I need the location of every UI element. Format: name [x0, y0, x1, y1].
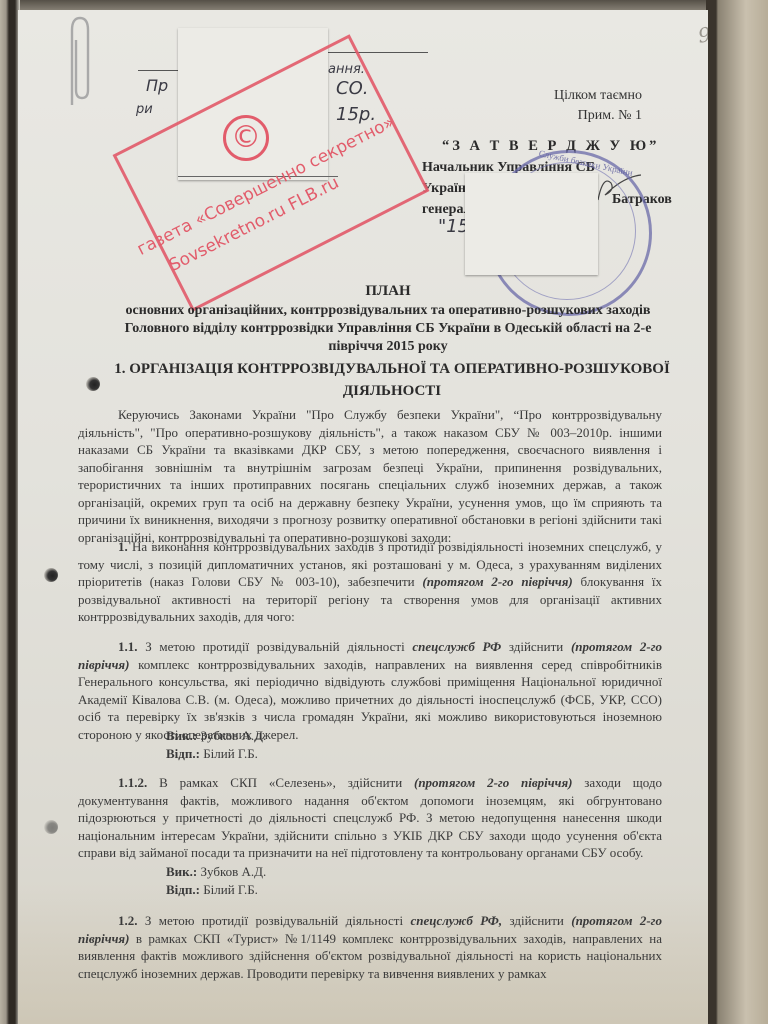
section-heading-line: ДІЯЛЬНОСТІ	[102, 380, 682, 402]
responsible-line: Відп.: Білий Г.Б.	[166, 881, 258, 898]
paperclip-icon	[58, 10, 98, 110]
plan-title-line: півріччя 2015 року	[78, 338, 698, 356]
item-emphasis: спецслужб РФ	[412, 639, 501, 654]
item-emphasis: спецслужб РФ,	[410, 913, 502, 928]
classification-label: Цілком таємно	[554, 86, 642, 106]
executor-name: Зубков А.Д.	[197, 864, 266, 879]
punch-hole-icon	[44, 568, 58, 582]
item-number: 1.1.	[118, 639, 138, 654]
punch-hole-icon	[44, 820, 58, 834]
copy-number: Прим. № 1	[554, 106, 642, 126]
responsible-label: Відп.:	[166, 882, 200, 897]
plan-title-line: основних організаційних, контррозвідувал…	[78, 302, 698, 320]
plan-title-line: Головного відділу контррозвідки Управлін…	[78, 320, 698, 338]
responsible-line: Відп.: Білий Г.Б.	[166, 745, 258, 762]
item-text: З метою протидії розвідувальній діяльнос…	[138, 913, 411, 928]
executor-name: Зубков А.Д.	[197, 728, 266, 743]
item-number: 1.	[118, 539, 128, 554]
item-number: 1.2.	[118, 913, 138, 928]
item-text: З метою протидії розвідувальній діяльнос…	[138, 639, 413, 654]
item-number: 1.1.2.	[118, 775, 147, 790]
responsible-name: Білий Г.Б.	[200, 882, 258, 897]
handwritten-note: Пр	[146, 76, 168, 95]
classification-block: Цілком таємно Прим. № 1	[554, 86, 642, 126]
folder-edge-right	[706, 0, 768, 1024]
item-emphasis: (протягом 2-го півріччя)	[414, 775, 572, 790]
executor-line: Вик.: Зубков А.Д.	[166, 863, 266, 880]
executor-label: Вик.:	[166, 864, 197, 879]
punch-hole-icon	[86, 377, 100, 391]
intro-text: Керуючись Законами України "Про Службу б…	[78, 407, 662, 545]
handwritten-note: ри	[136, 102, 153, 117]
document-page: 92 Цілком таємно Прим. № 1 Пр ри ання. С…	[18, 10, 708, 1024]
executor-line: Вик.: Зубков А.Д.	[166, 727, 266, 744]
item-1-1-2: 1.1.2. В рамках СКП «Селезень», здійснит…	[78, 774, 662, 862]
item-text: здійснити	[502, 913, 571, 928]
item-text: здійснити	[501, 639, 571, 654]
section-heading-line: 1. ОРГАНІЗАЦІЯ КОНТРРОЗВІДУВАЛЬНОЇ ТА ОП…	[102, 358, 682, 380]
executor-label: Вик.:	[166, 728, 197, 743]
item-text: в рамках СКП «Турист» №1/1149 комплекс к…	[78, 931, 662, 981]
item-1: 1. На виконання контррозвідувальних захо…	[78, 538, 662, 626]
section-heading: 1. ОРГАНІЗАЦІЯ КОНТРРОЗВІДУВАЛЬНОЇ ТА ОП…	[102, 358, 682, 402]
item-text: В рамках СКП «Селезень», здійснити	[147, 775, 414, 790]
intro-paragraph: Керуючись Законами України "Про Службу б…	[78, 406, 662, 546]
folio-number: 92	[696, 20, 708, 47]
folder-edge-left	[0, 0, 20, 1024]
plan-title-word: ПЛАН	[78, 282, 698, 300]
plan-title: ПЛАН основних організаційних, контррозві…	[78, 282, 698, 356]
responsible-name: Білий Г.Б.	[200, 746, 258, 761]
item-1-2: 1.2. З метою протидії розвідувальній дія…	[78, 912, 662, 982]
responsible-label: Відп.:	[166, 746, 200, 761]
redaction-sticker	[465, 173, 598, 275]
copyright-icon: ©	[223, 115, 269, 161]
item-emphasis: (протягом 2-го півріччя)	[422, 574, 572, 589]
